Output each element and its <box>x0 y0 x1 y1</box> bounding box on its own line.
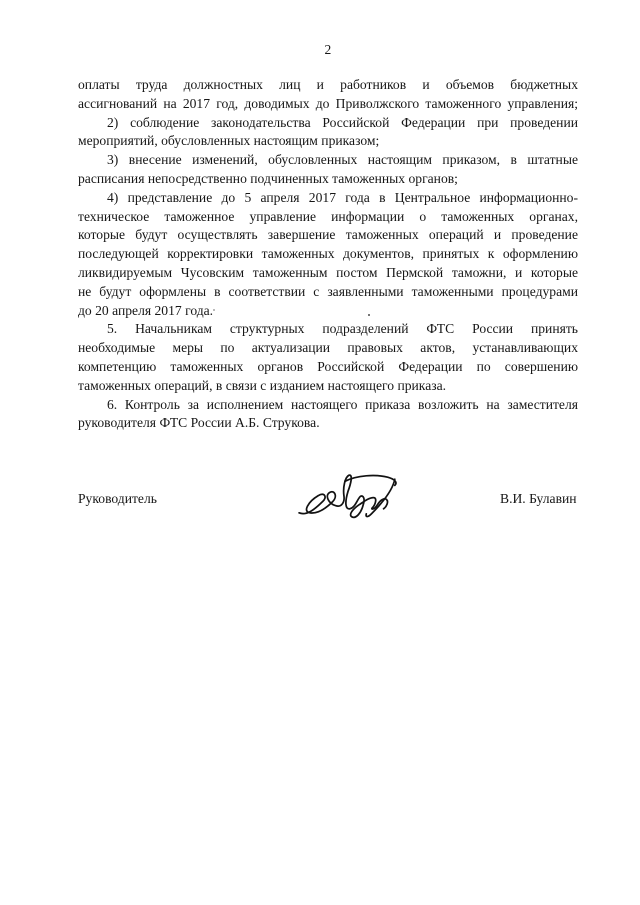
text-line: 4) представление до 5 апреля 2017 года в… <box>78 189 578 208</box>
text-line: необходимые меры по актуализации правовы… <box>78 339 578 358</box>
text-line: мероприятий, обусловленных настоящим при… <box>78 132 578 151</box>
text-line: 5. Начальникам структурных подразделений… <box>78 320 578 339</box>
scan-speck <box>368 314 370 316</box>
scan-speck <box>213 309 215 311</box>
text-line: расписания непосредственно подчиненных т… <box>78 170 578 189</box>
text-line: оплаты труда должностных лиц и работнико… <box>78 76 578 95</box>
text-line: ассигнований на 2017 год, доводимых до П… <box>78 95 578 114</box>
text-line: компетенцию таможенных органов Российско… <box>78 358 578 377</box>
signature-name: В.И. Булавин <box>500 491 577 507</box>
text-line: до 20 апреля 2017 года. <box>78 302 578 321</box>
document-body: оплаты труда должностных лиц и работнико… <box>78 76 578 433</box>
text-line: руководителя ФТС России А.Б. Струкова. <box>78 414 578 433</box>
text-line: техническое таможенное управление информ… <box>78 208 578 227</box>
signature-role-label: Руководитель <box>78 491 157 507</box>
signature-stroke-crossbar <box>345 476 396 486</box>
text-line: 3) внесение изменений, обусловленных нас… <box>78 151 578 170</box>
document-page: 2 оплаты труда должностных лиц и работни… <box>0 0 640 905</box>
text-line: последующей корректировки таможенных док… <box>78 245 578 264</box>
text-line: 6. Контроль за исполнением настоящего пр… <box>78 396 578 415</box>
text-line: ликвидируемым Чусовским таможенным посто… <box>78 264 578 283</box>
text-line: 2) соблюдение законодательства Российско… <box>78 114 578 133</box>
text-line: которые будут осуществлять завершение та… <box>78 226 578 245</box>
handwritten-signature <box>294 464 406 522</box>
text-line: таможенных операций, в связи с изданием … <box>78 377 578 396</box>
page-number: 2 <box>78 42 578 58</box>
text-line: не будут оформлены в соответствии с заяв… <box>78 283 578 302</box>
